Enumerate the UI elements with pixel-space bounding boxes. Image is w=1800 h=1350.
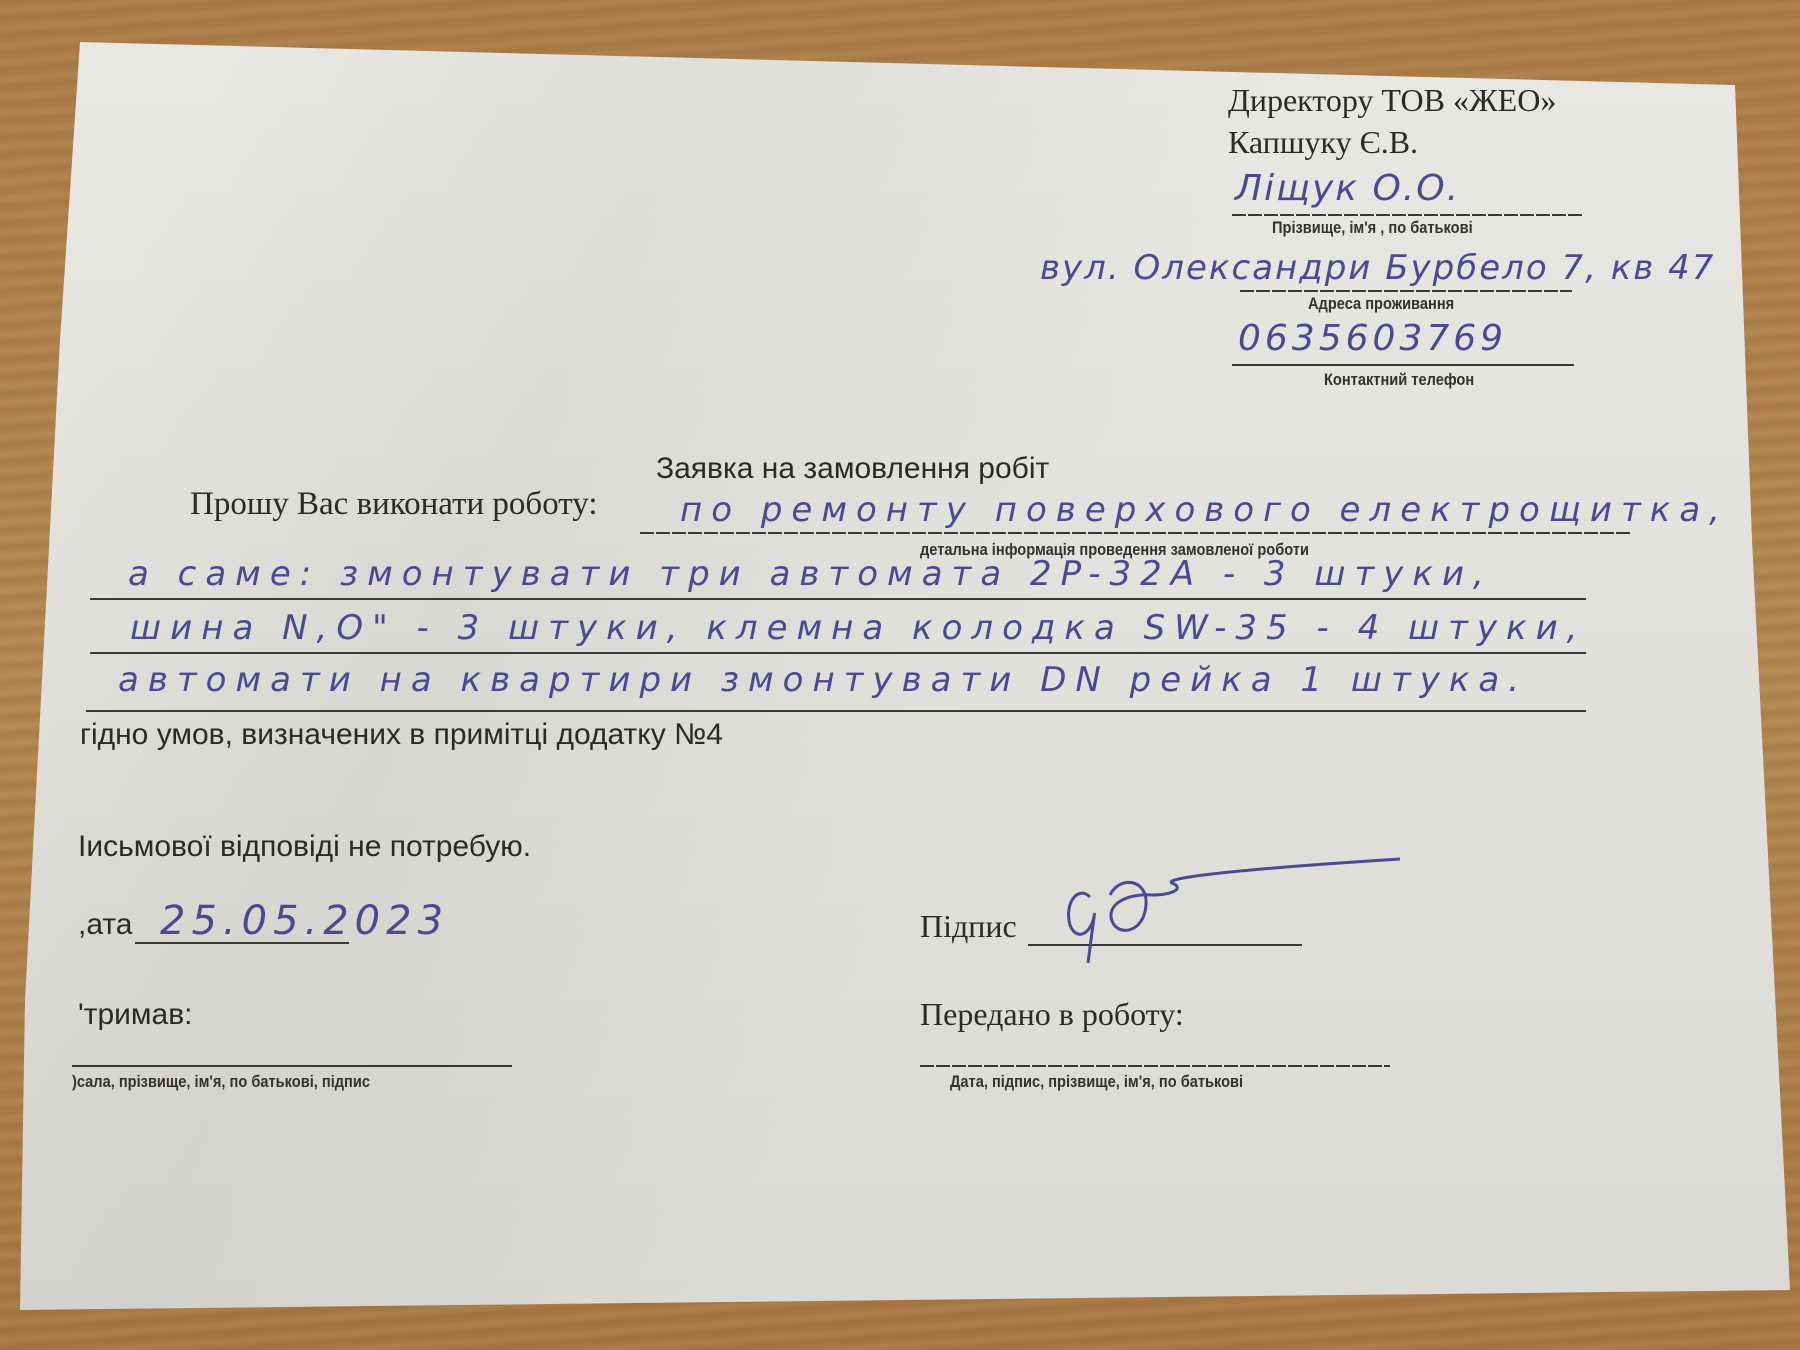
date-label: ,ата xyxy=(78,908,132,942)
request-detail-line-2: шина N,O" - 3 штуки, клемна колодка SW-3… xyxy=(130,608,1587,648)
request-detail-line-1: а саме: змонтувати три автомата 2P-32A -… xyxy=(128,554,1493,594)
date-rule xyxy=(135,942,349,944)
received-caption: )сала, прізвище, ім'я, по батькові, підп… xyxy=(72,1072,370,1092)
handed-over-label: Передано в роботу: xyxy=(920,996,1184,1033)
applicant-address-value: вул. Олександри Бурбело 7, кв 47 xyxy=(1040,248,1715,288)
applicant-phone-value: 0635603769 xyxy=(1238,318,1507,359)
request-detail-rule-1 xyxy=(90,598,1586,600)
request-line1-value: по ремонту поверхового електрощитка, xyxy=(680,490,1729,530)
date-value: 25.05.2023 xyxy=(160,898,449,944)
request-detail-line-3: автомати на квартири змонтувати DN рейка… xyxy=(118,660,1528,700)
conditions-text: гідно умов, визначених в примітці додатк… xyxy=(80,718,723,752)
document-title: Заявка на замовлення робіт xyxy=(656,452,1049,486)
request-label: Прошу Вас виконати роботу: xyxy=(190,486,598,523)
applicant-name-caption: Прізвище, ім'я , по батькові xyxy=(1272,218,1473,238)
handed-over-rule xyxy=(920,1065,1390,1067)
request-detail-rule-2 xyxy=(90,652,1586,654)
applicant-name-line xyxy=(1232,214,1584,216)
applicant-phone-caption: Контактний телефон xyxy=(1324,370,1474,390)
applicant-phone-line xyxy=(1232,364,1574,366)
signature-mark xyxy=(1060,855,1420,975)
applicant-name-value: Ліщук О.О. xyxy=(1235,168,1460,209)
addressee-line2: Капшуку Є.В. xyxy=(1228,124,1418,161)
request-detail-rule-3 xyxy=(86,710,1586,712)
no-reply-text: Iисьмової відповіді не потребую. xyxy=(78,830,531,864)
handed-over-caption: Дата, підпис, прізвище, ім'я, по батьков… xyxy=(950,1072,1243,1092)
received-label: 'тримав: xyxy=(78,998,193,1032)
addressee-line1: Директору ТОВ «ЖЕО» xyxy=(1228,82,1556,119)
received-rule xyxy=(72,1065,512,1067)
request-line1-rule xyxy=(640,532,1630,534)
signature-label: Підпис xyxy=(920,908,1017,945)
applicant-address-caption: Адреса проживання xyxy=(1308,294,1454,314)
applicant-address-line xyxy=(1240,290,1572,292)
